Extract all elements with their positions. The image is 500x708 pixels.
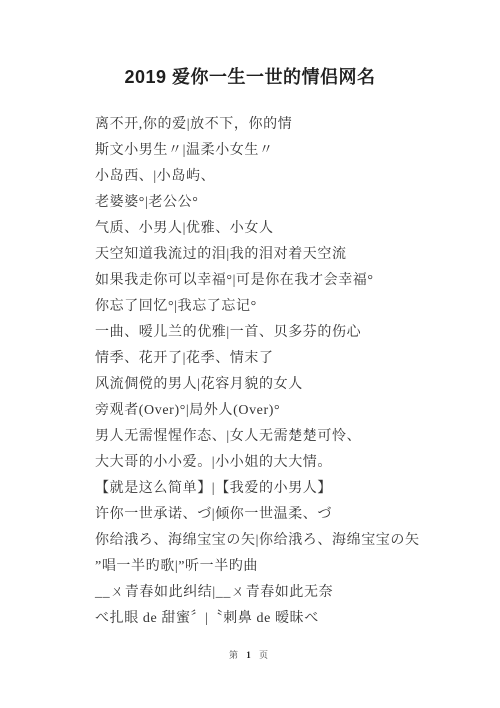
footer-suffix: 页 — [259, 650, 271, 660]
footer-prefix: 第 — [229, 650, 241, 660]
page-number: 1 — [246, 650, 254, 660]
nickname-line: 大大哥的小小爱。|小小姐的大大情。 — [95, 450, 440, 476]
nickname-line: 你给涐ろ、海绵宝宝の矢|你给涐ろ、海绵宝宝の矢 — [95, 528, 440, 554]
nickname-line: ”唱一半旳歌|”听一半旳曲 — [95, 554, 440, 580]
nickname-line: 天空知道我流过的泪|我的泪对着天空流 — [95, 242, 440, 268]
nickname-line: 一曲、嗳儿兰的优雅|一首、贝多芬的伤心 — [95, 320, 440, 346]
nickname-line: __ㄨ青春如此纠结|__ㄨ青春如此无奈 — [95, 580, 440, 606]
nickname-line: 男人无需惺惺作态、|女人无需楚楚可怜、 — [95, 424, 440, 450]
nickname-line: べ扎眼 de 甜蜜〞|〝刺鼻 de 暧昧べ — [95, 606, 440, 632]
page-title: 2019 爱你一生一世的情侣网名 — [0, 63, 500, 89]
nickname-list: 离不开,你的爱|放不下，你的情斯文小男生〃|温柔小女生〃小岛西、|小岛屿、老婆婆… — [95, 112, 440, 632]
nickname-line: 【就是这么简单】|【我爱的小男人】 — [95, 476, 440, 502]
nickname-line: 斯文小男生〃|温柔小女生〃 — [95, 138, 440, 164]
page-footer: 第 1 页 — [0, 648, 500, 661]
nickname-line: 离不开,你的爱|放不下，你的情 — [95, 112, 440, 138]
nickname-line: 许你一世承诺、づ|倾你一世温柔、づ — [95, 502, 440, 528]
nickname-line: 气质、小男人|优雅、小女人 — [95, 216, 440, 242]
nickname-line: 老婆婆°|老公公° — [95, 190, 440, 216]
nickname-line: 旁观者(Over)°|局外人(Over)° — [95, 398, 440, 424]
nickname-line: 你忘了回忆°|我忘了忘记° — [95, 294, 440, 320]
nickname-line: 小岛西、|小岛屿、 — [95, 164, 440, 190]
nickname-line: 如果我走你可以幸福°|可是你在我才会幸福° — [95, 268, 440, 294]
document-page: 2019 爱你一生一世的情侣网名 离不开,你的爱|放不下，你的情斯文小男生〃|温… — [0, 0, 500, 708]
nickname-line: 风流倜傥的男人|花容月貌的女人 — [95, 372, 440, 398]
nickname-line: 情季、花开了|花季、情末了 — [95, 346, 440, 372]
